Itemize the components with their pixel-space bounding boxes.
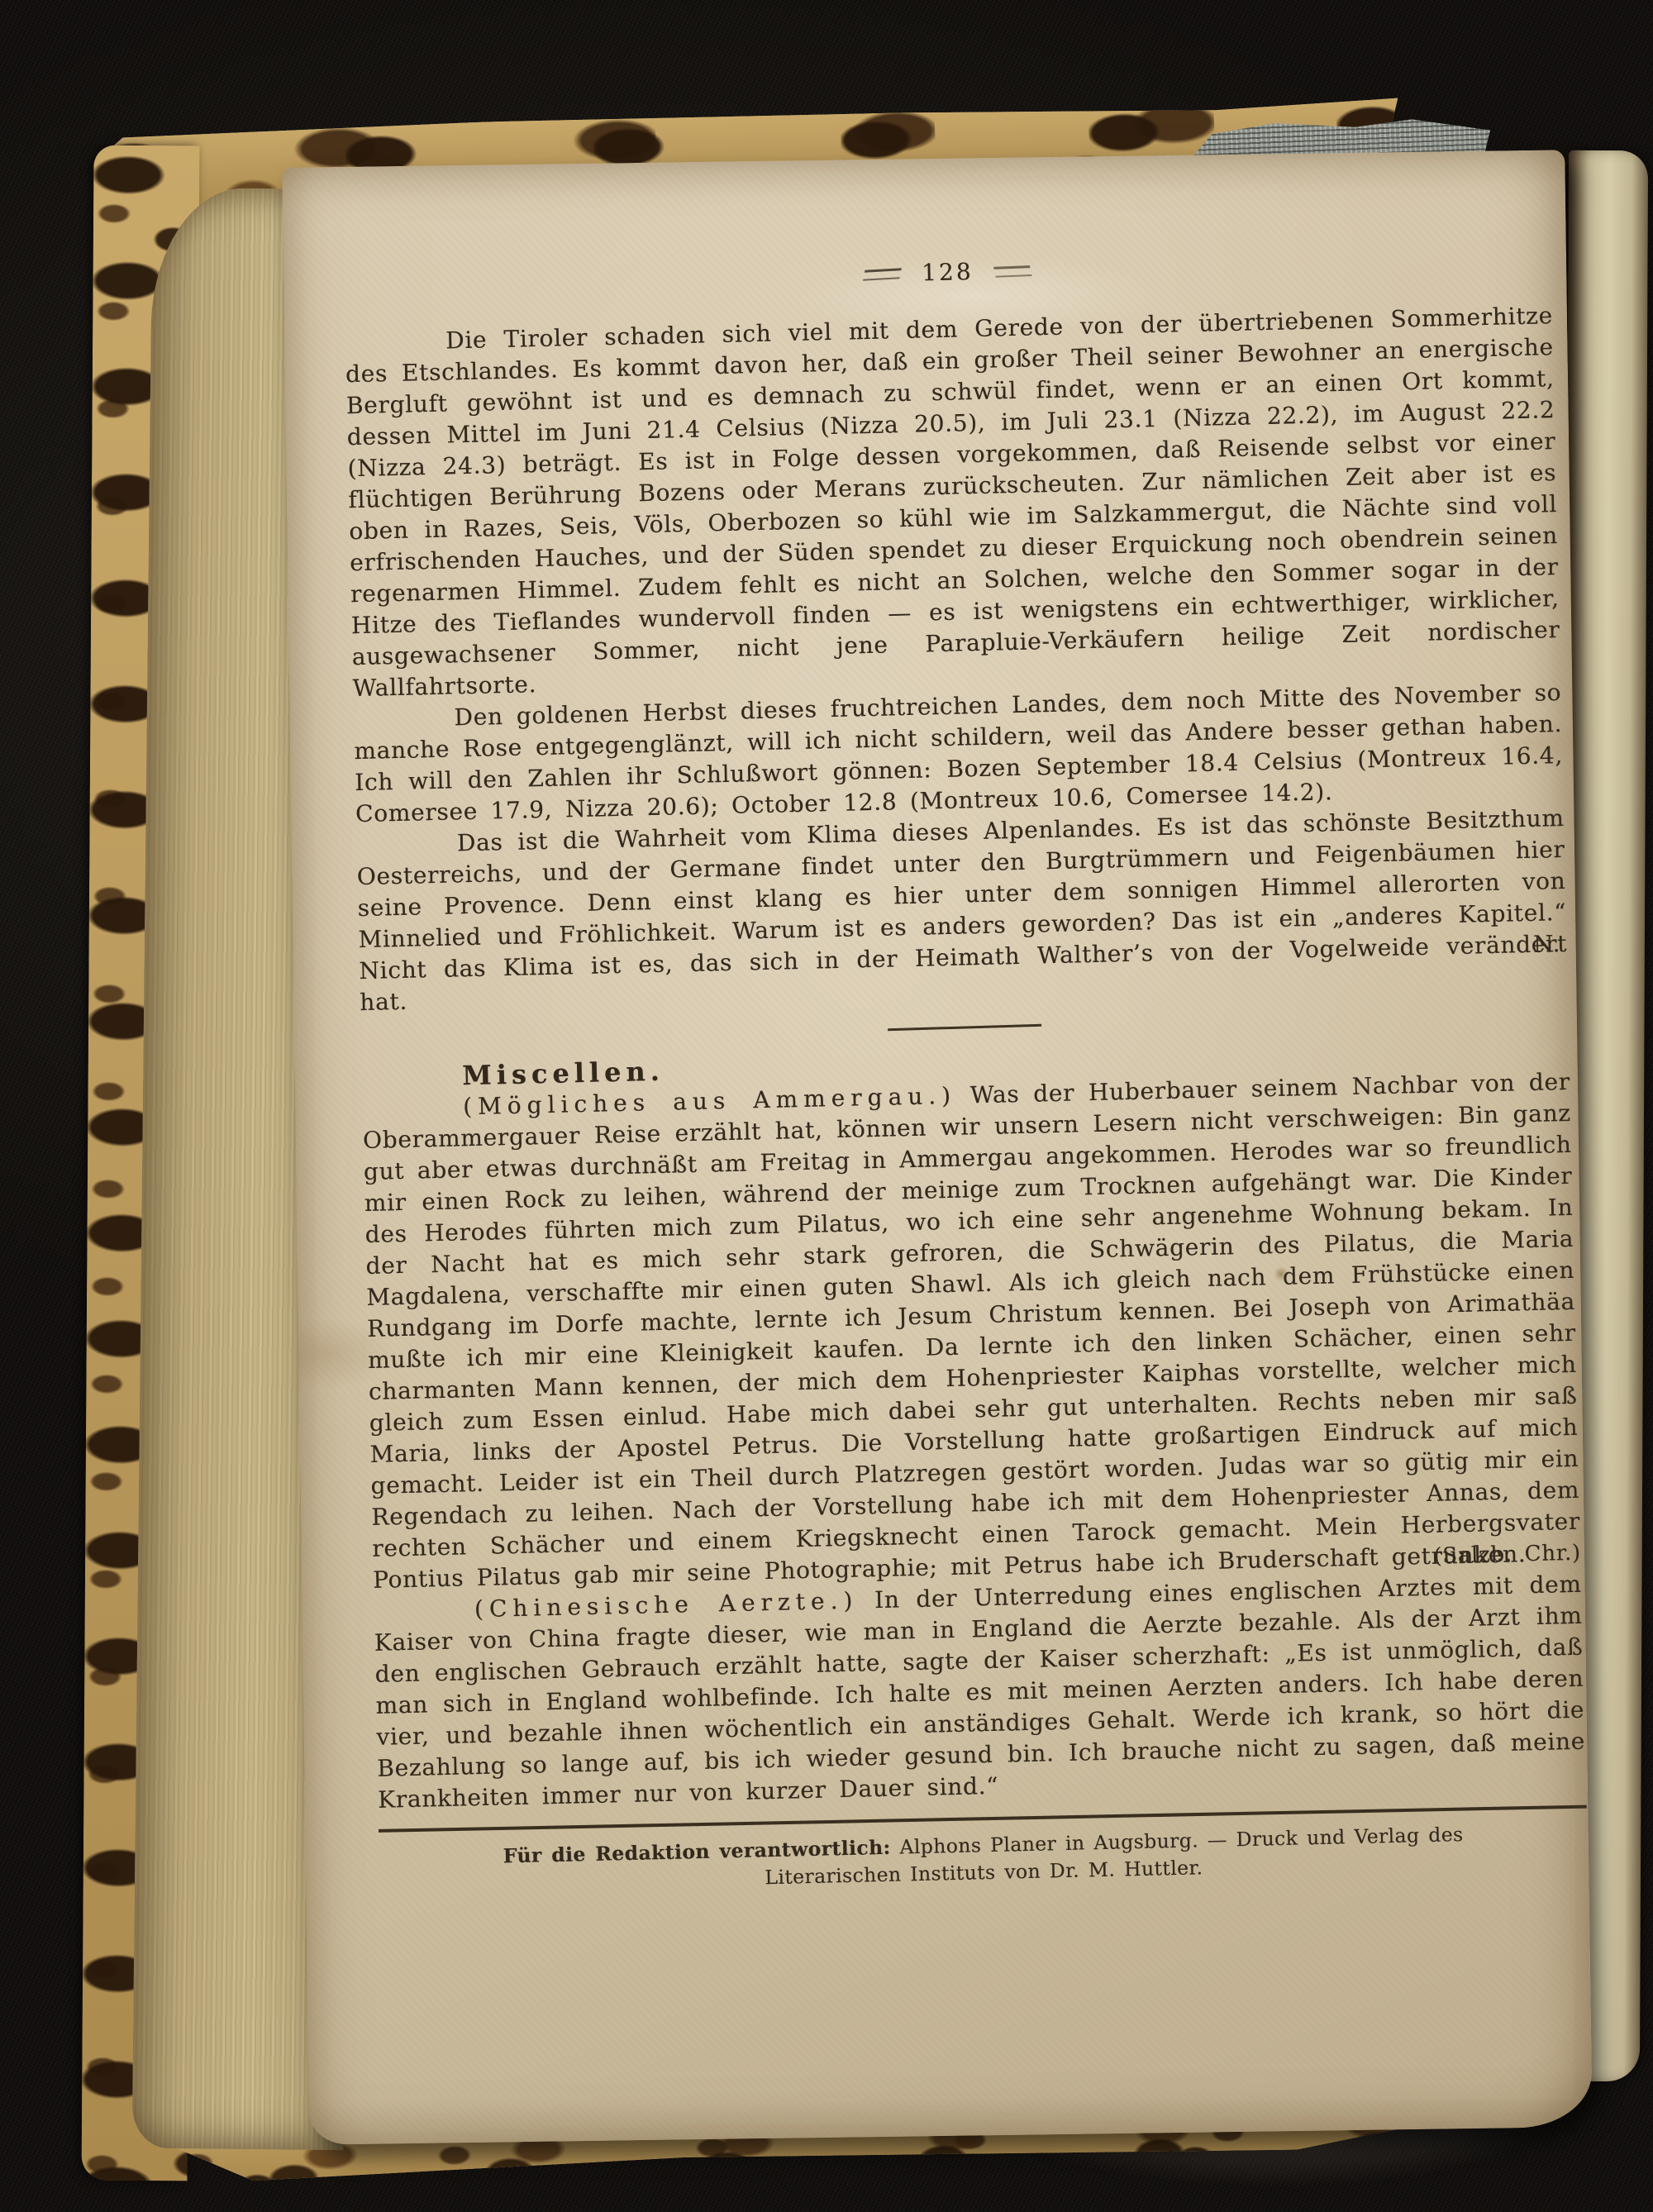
item-lead: (Chinesische Aerzte.)	[474, 1587, 859, 1623]
page-number-dash-right	[993, 265, 1032, 278]
section-divider	[888, 1024, 1041, 1032]
paragraph-text: Den goldenen Herbst dieses fruchtreichen…	[354, 679, 1563, 827]
miscellen-item-ammergau: (Mögliches aus Ammergau.) Was der Huberb…	[362, 1066, 1581, 1596]
author-initial: N.	[1432, 928, 1561, 963]
paragraph-text: Das ist die Wahrheit vom Klima dieses Al…	[356, 804, 1567, 1016]
article-paragraph-tyrol-summer: Die Tiroler schaden sich viel mit dem Ge…	[345, 300, 1561, 704]
page-text-block: 128 Die Tiroler schaden sich viel mit de…	[343, 242, 1588, 1900]
book-page: 128 Die Tiroler schaden sich viel mit de…	[282, 150, 1592, 2144]
article-paragraph-climate-truth: Das ist die Wahrheit vom Klima dieses Al…	[356, 803, 1569, 1018]
page-number: 128	[922, 255, 974, 289]
page-number-dash-left	[863, 268, 902, 281]
running-head: 128	[343, 242, 1552, 303]
miscellen-item-chinese-doctors: (Chinesische Aerzte.) In der Unterredung…	[374, 1569, 1587, 1816]
paragraph-text: Die Tiroler schaden sich viel mit dem Ge…	[345, 302, 1560, 702]
item-text: Was der Huberbauer seinem Nachbar von de…	[363, 1068, 1581, 1594]
